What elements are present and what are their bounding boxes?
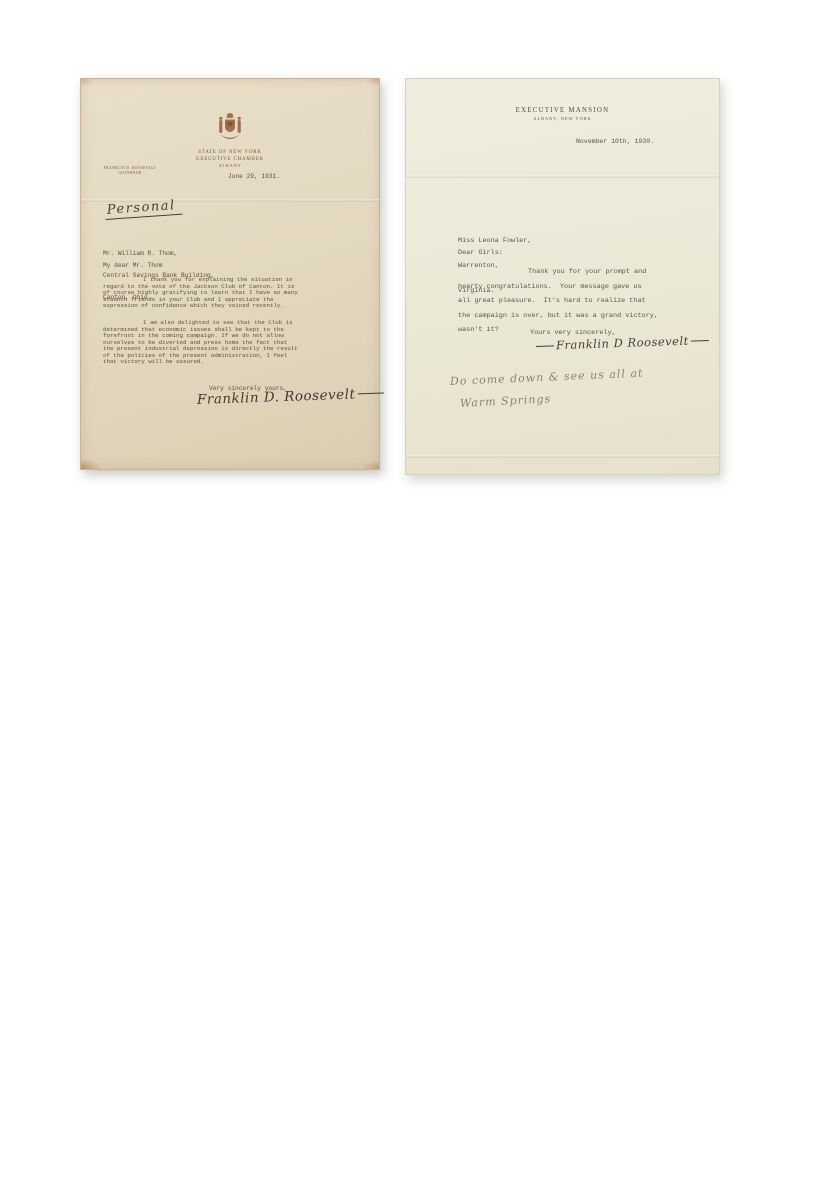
address-line: Miss Leona Fowler,: [458, 237, 531, 245]
handwritten-postscript-line: Warm Springs: [460, 392, 552, 410]
salutation: Dear Girls:: [458, 249, 503, 257]
catalog-photo: STATE OF NEW YORK EXECUTIVE CHAMBER ALBA…: [0, 0, 819, 1197]
letterhead-governor-block: FRANKLIN D. ROOSEVELT GOVERNOR: [97, 166, 163, 175]
letterhead-office: EXECUTIVE CHAMBER: [81, 157, 379, 162]
governor-name: FRANKLIN D. ROOSEVELT: [97, 166, 163, 171]
governor-title: GOVERNOR: [97, 171, 163, 176]
body-paragraph: Thank you for your prompt and hearty con…: [458, 265, 703, 338]
fold-crease: [406, 455, 719, 458]
letter-fowler: EXECUTIVE MANSION ALBANY, NEW YORK Novem…: [405, 78, 720, 475]
salutation: My dear Mr. Thom: [103, 262, 162, 269]
ny-coat-of-arms-icon: [217, 112, 243, 146]
handwritten-personal-annotation: Personal: [104, 198, 182, 220]
body-paragraph: I am also delighted to see that the Club…: [103, 320, 299, 366]
letter-date: June 29, 1931.: [228, 173, 280, 180]
body-line: the campaign is over, but it was a grand…: [458, 309, 703, 324]
letterhead-office: EXECUTIVE MANSION: [406, 107, 719, 114]
letterhead-state: STATE OF NEW YORK: [81, 150, 379, 155]
body-line: all great pleasure. It's hard to realize…: [458, 294, 703, 309]
body-line: hearty congratulations. Your message gav…: [458, 280, 703, 295]
letter-thom: STATE OF NEW YORK EXECUTIVE CHAMBER ALBA…: [80, 78, 380, 470]
address-line: Mr. William R. Thom,: [103, 250, 214, 257]
fold-crease: [406, 175, 719, 178]
letterhead-city: ALBANY, NEW YORK: [406, 116, 719, 121]
handwritten-postscript-line: Do come down & see us all at: [450, 367, 644, 388]
letter-date: November 10th, 1930.: [576, 138, 654, 145]
body-paragraph: I thank you for explaining the situation…: [103, 277, 299, 310]
body-line: Thank you for your prompt and: [458, 265, 703, 280]
